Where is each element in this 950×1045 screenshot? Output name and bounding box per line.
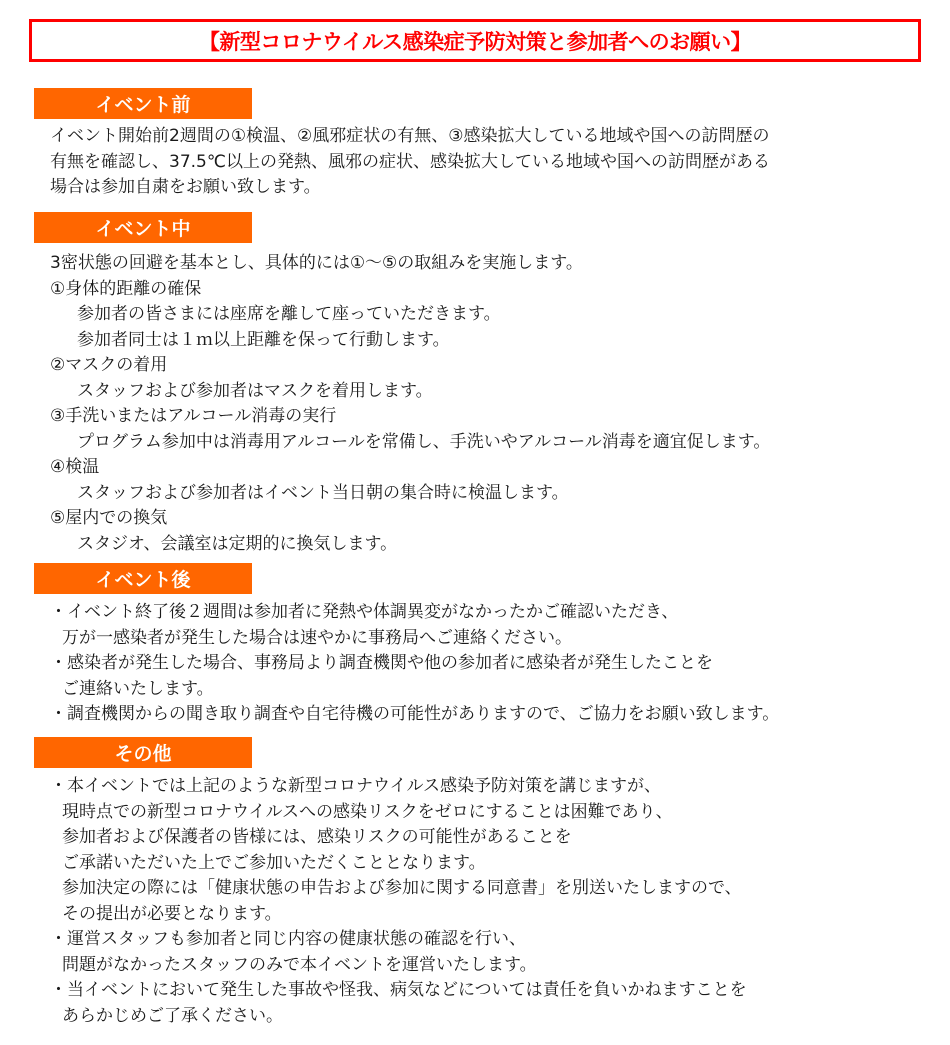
bullet-continuation: あらかじめご了承ください。 — [50, 1004, 930, 1030]
section-header-before-event: イベント前 — [34, 88, 252, 119]
bullet-continuation: 万が一感染者が発生した場合は速やかに事務局へご連絡ください。 — [50, 626, 930, 652]
bullet-continuation: 問題がなかったスタッフのみで本イベントを運営いたします。 — [50, 953, 930, 979]
item-heading-distance: ①身体的距離の確保 — [50, 277, 930, 303]
intro-line: 3密状態の回避を基本とし、具体的には①～⑤の取組みを実施します。 — [50, 251, 930, 277]
section-body-other: ・本イベントでは上記のような新型コロナウイルス感染予防対策を講じますが、 現時点… — [50, 774, 930, 1029]
section-body-before-event: イベント開始前2週間の①検温、②風邪症状の有無、③感染拡大している地域や国への訪… — [50, 124, 930, 201]
bullet-continuation: 現時点での新型コロナウイルスへの感染リスクをゼロにすることは困難であり、 — [50, 800, 930, 826]
body-line: イベント開始前2週間の①検温、②風邪症状の有無、③感染拡大している地域や国への訪… — [50, 124, 930, 150]
item-detail: スタッフおよび参加者はマスクを着用します。 — [50, 379, 930, 405]
section-header-after-event: イベント後 — [34, 563, 252, 594]
bullet-item: ・感染者が発生した場合、事務局より調査機関や他の参加者に感染者が発生したことを — [50, 651, 930, 677]
item-heading-handwash: ③手洗いまたはアルコール消毒の実行 — [50, 404, 930, 430]
body-line: 有無を確認し、37.5℃以上の発熱、風邪の症状、感染拡大している地域や国への訪問… — [50, 150, 930, 176]
section-body-after-event: ・イベント終了後２週間は参加者に発熱や体調異変がなかったかご確認いただき、 万が… — [50, 600, 930, 728]
bullet-continuation: 参加者および保護者の皆様には、感染リスクの可能性があることを — [50, 825, 930, 851]
body-line: 場合は参加自粛をお願い致します。 — [50, 175, 930, 201]
item-detail: 参加者の皆さまには座席を離して座っていただきます。 — [50, 302, 930, 328]
section-header-other: その他 — [34, 737, 252, 768]
bullet-continuation: ご連絡いたします。 — [50, 677, 930, 703]
item-detail: スタジオ、会議室は定期的に換気します。 — [50, 532, 930, 558]
bullet-continuation: その提出が必要となります。 — [50, 902, 930, 928]
item-heading-ventilation: ⑤屋内での換気 — [50, 506, 930, 532]
bullet-continuation: ご承諾いただいた上でご参加いただくこととなります。 — [50, 851, 930, 877]
bullet-item: ・当イベントにおいて発生した事故や怪我、病気などについては責任を負いかねますこと… — [50, 978, 930, 1004]
section-header-during-event: イベント中 — [34, 212, 252, 243]
bullet-item: ・本イベントでは上記のような新型コロナウイルス感染予防対策を講じますが、 — [50, 774, 930, 800]
bullet-item: ・運営スタッフも参加者と同じ内容の健康状態の確認を行い、 — [50, 927, 930, 953]
bullet-item: ・調査機関からの聞き取り調査や自宅待機の可能性がありますので、ご協力をお願い致し… — [50, 702, 930, 728]
item-heading-mask: ②マスクの着用 — [50, 353, 930, 379]
bullet-continuation: 参加決定の際には「健康状態の申告および参加に関する同意書」を別送いたしますので、 — [50, 876, 930, 902]
bullet-item: ・イベント終了後２週間は参加者に発熱や体調異変がなかったかご確認いただき、 — [50, 600, 930, 626]
item-heading-temperature: ④検温 — [50, 455, 930, 481]
section-body-during-event: 3密状態の回避を基本とし、具体的には①～⑤の取組みを実施します。 ①身体的距離の… — [50, 251, 930, 557]
item-detail: プログラム参加中は消毒用アルコールを常備し、手洗いやアルコール消毒を適宜促します… — [50, 430, 930, 456]
title-box: 【新型コロナウイルス感染症予防対策と参加者へのお願い】 — [29, 19, 921, 62]
item-detail: 参加者同士は１ｍ以上距離を保って行動します。 — [50, 328, 930, 354]
page-title: 【新型コロナウイルス感染症予防対策と参加者へのお願い】 — [199, 26, 751, 56]
item-detail: スタッフおよび参加者はイベント当日朝の集合時に検温します。 — [50, 481, 930, 507]
